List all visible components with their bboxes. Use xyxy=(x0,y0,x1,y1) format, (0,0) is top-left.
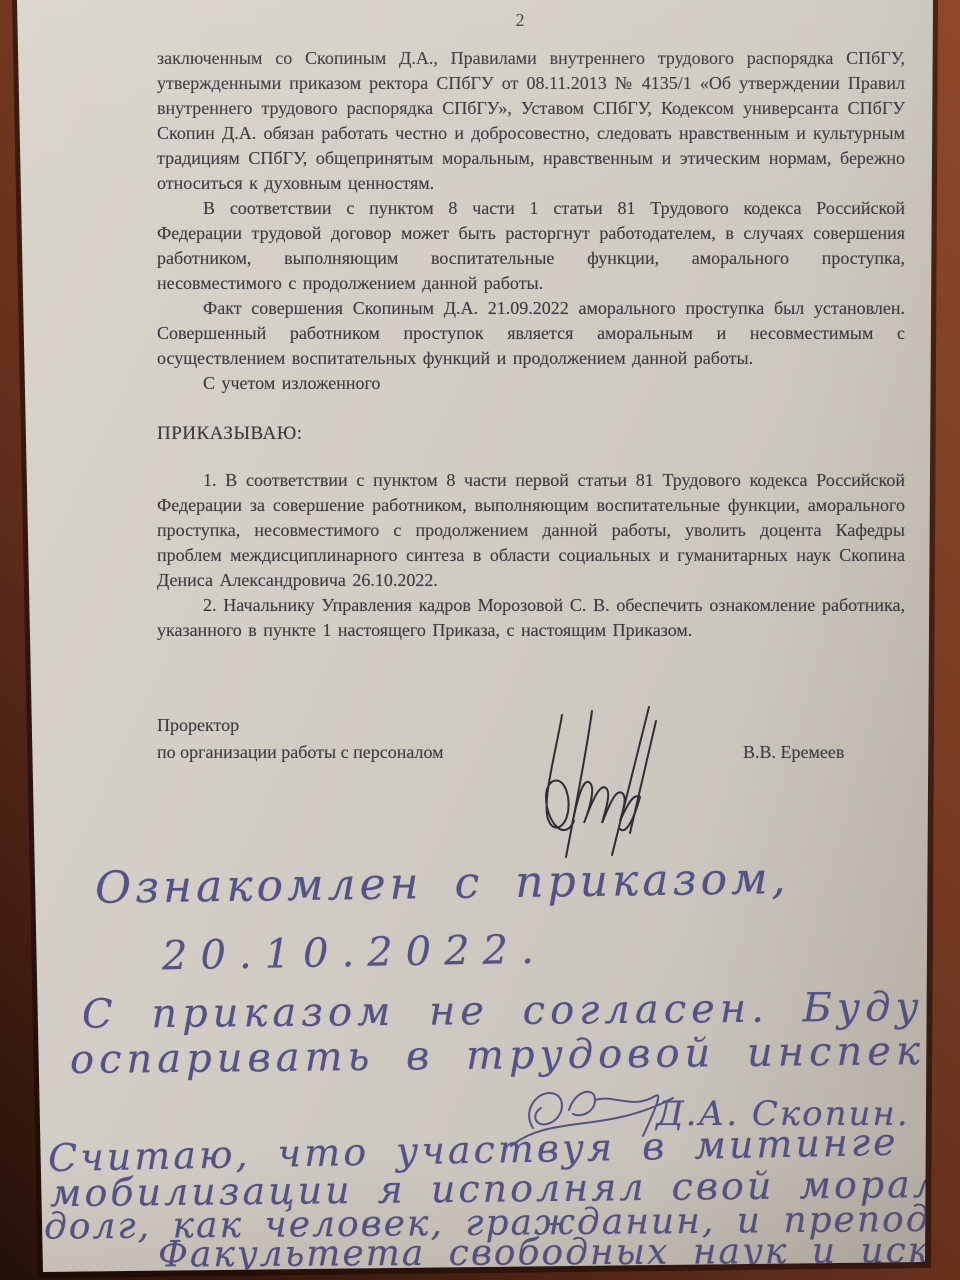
handwritten-acknowledgement: Ознакомлен с приказом, xyxy=(95,853,790,914)
paragraph-fact: Факт совершения Скопиным Д.А. 21.09.2022… xyxy=(157,296,905,371)
page-number: 2 xyxy=(500,10,540,31)
paper-sheet: 2 заключенным со Скопиным Д.А., Правилам… xyxy=(0,0,960,1280)
paragraph-continuation: заключенным со Скопиным Д.А., Правилами … xyxy=(157,46,905,196)
paragraph-labor-code: В соответствии с пунктом 8 части 1 стать… xyxy=(157,196,905,296)
order-item-2: 2. Начальнику Управления кадров Морозово… xyxy=(157,593,905,643)
lead-in-line: С учетом изложенного xyxy=(157,371,905,396)
decree-header: ПРИКАЗЫВАЮ: xyxy=(157,421,905,446)
signatory-position: Проректор по организации работы с персон… xyxy=(157,712,444,766)
typed-text-block: заключенным со Скопиным Д.А., Правилами … xyxy=(157,46,905,643)
signatory-position-line2: по организации работы с персоналом xyxy=(157,739,444,766)
handwritten-date: 20.10.2022. xyxy=(162,927,547,980)
signatory-position-line1: Проректор xyxy=(157,712,444,739)
order-item-1: 1. В соответствии с пунктом 8 части перв… xyxy=(157,468,905,593)
yeremeev-signature xyxy=(528,693,678,861)
document-photo: 2 заключенным со Скопиным Д.А., Правилам… xyxy=(0,0,960,1280)
signatory-name: В.В. Еремеев xyxy=(743,742,844,763)
handwritten-disagreement-line2: оспаривать в трудовой инспекции. xyxy=(70,1027,960,1083)
